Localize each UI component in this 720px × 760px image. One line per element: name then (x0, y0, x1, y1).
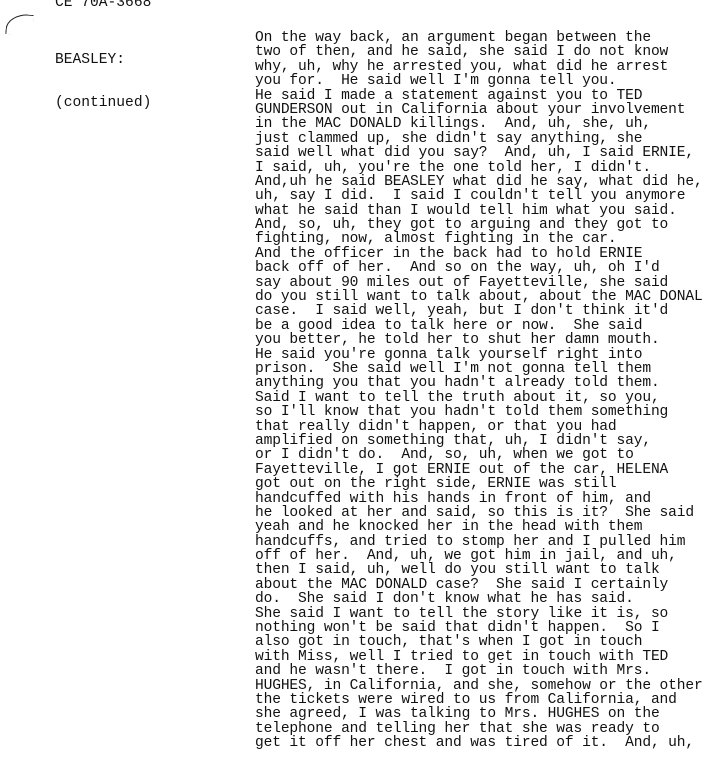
transcript-line: just clammed up, she didn't say anything… (255, 132, 703, 146)
transcript-line: Fayetteville, I got ERNIE out of the car… (255, 463, 703, 477)
transcript-line: prison. She said well I'm not gonna tell… (255, 362, 703, 376)
transcript-line: And the officer in the back had to hold … (255, 247, 703, 261)
transcript-line: with Miss, well I tried to get in touch … (255, 650, 703, 664)
transcript-line: he looked at her and said, so this is it… (255, 506, 703, 520)
transcript-line: And,uh he said BEASLEY what did he say, … (255, 175, 703, 189)
transcript-line: also got in touch, that's when I got in … (255, 635, 703, 649)
transcript-line: case. I said well, yeah, but I don't thi… (255, 304, 703, 318)
transcript-line: HUGHES, in California, and she, somehow … (255, 679, 703, 693)
transcript-line: and he wasn't there. I got in touch with… (255, 664, 703, 678)
transcript-line: said well what did you say? And, uh, I s… (255, 146, 703, 160)
transcript-line: telephone and telling her that she was r… (255, 722, 703, 736)
transcript-line: you for. He said well I'm gonna tell you… (255, 74, 703, 88)
transcript-body: On the way back, an argument began betwe… (255, 31, 703, 751)
transcript-line: off of her. And, uh, we got him in jail,… (255, 549, 703, 563)
transcript-line: And, so, uh, they got to arguing and the… (255, 218, 703, 232)
transcript-line: On the way back, an argument began betwe… (255, 31, 703, 45)
transcript-line: or I didn't do. And, so, uh, when we got… (255, 448, 703, 462)
transcript-line: She said I want to tell the story like i… (255, 607, 703, 621)
speaker-name: BEASLEY: (55, 53, 151, 67)
transcript-line: GUNDERSON out in California about your i… (255, 103, 703, 117)
transcript-line: handcuffed with his hands in front of hi… (255, 492, 703, 506)
transcript-line: what he said than I would tell him what … (255, 204, 703, 218)
corner-mark-icon (5, 13, 33, 36)
transcript-line: got out on the right side, ERNIE was sti… (255, 477, 703, 491)
document-id: CE 70A-3668 (55, 0, 151, 10)
transcript-line: that really didn't happen, or that you h… (255, 420, 703, 434)
transcript-line: yeah and he knocked her in the head with… (255, 520, 703, 534)
transcript-line: do you still want to talk about, about t… (255, 290, 703, 304)
transcript-line: so I'll know that you hadn't told them s… (255, 405, 703, 419)
transcript-line: two of then, and he said, she said I do … (255, 45, 703, 59)
transcript-line: in the MAC DONALD killings. And, uh, she… (255, 117, 703, 131)
transcript-line: amplified on something that, uh, I didn'… (255, 434, 703, 448)
transcript-line: fighting, now, almost fighting in the ca… (255, 232, 703, 246)
transcript-line: about the MAC DONALD case? She said I ce… (255, 578, 703, 592)
transcript-line: He said you're gonna talk yourself right… (255, 348, 703, 362)
transcript-line: why, uh, why he arrested you, what did h… (255, 60, 703, 74)
transcript-line: uh, say I did. I said I couldn't tell yo… (255, 189, 703, 203)
transcript-line: do. She said I don't know what he has sa… (255, 592, 703, 606)
transcript-line: get it off her chest and was tired of it… (255, 736, 703, 750)
transcript-line: back off of her. And so on the way, uh, … (255, 261, 703, 275)
transcript-line: nothing won't be said that didn't happen… (255, 621, 703, 635)
transcript-line: be a good idea to talk here or now. She … (255, 319, 703, 333)
transcript-line: He said I made a statement against you t… (255, 89, 703, 103)
transcript-line: handcuffs, and tried to stomp her and I … (255, 535, 703, 549)
transcript-line: she agreed, I was talking to Mrs. HUGHES… (255, 707, 703, 721)
speaker-label-block: BEASLEY: (continued) (55, 24, 151, 125)
transcript-line: say about 90 miles out of Fayetteville, … (255, 276, 703, 290)
transcript-line: Said I want to tell the truth about it, … (255, 391, 703, 405)
transcript-line: then I said, uh, well do you still want … (255, 563, 703, 577)
transcript-line: anything you that you hadn't already tol… (255, 376, 703, 390)
transcript-line: the tickets were wired to us from Califo… (255, 693, 703, 707)
speaker-continued-note: (continued) (55, 96, 151, 110)
transcript-line: you better, he told her to shut her damn… (255, 333, 703, 347)
transcript-line: I said, uh, you're the one told her, I d… (255, 161, 703, 175)
